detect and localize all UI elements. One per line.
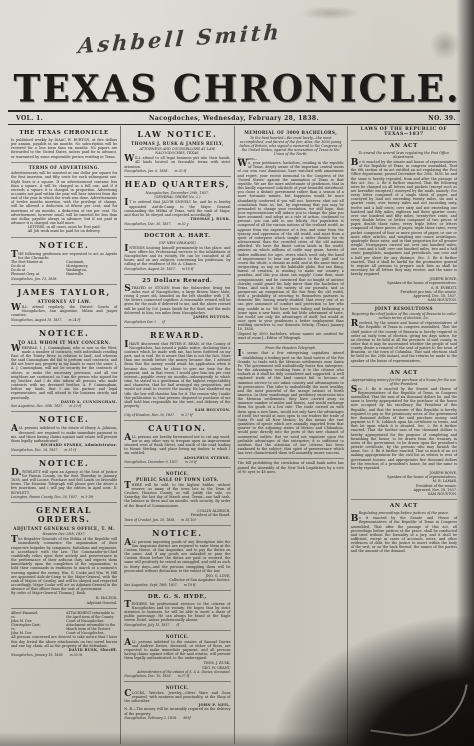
- parties-list: Albert Emanuel, vs. John M. Dor. Christo…: [11, 611, 62, 636]
- article-heading: NOTICE.: [11, 241, 117, 250]
- article-heading: AN ACT: [351, 370, 457, 376]
- article-text: The bill prohibiting the circulation of …: [238, 461, 344, 473]
- date-line: Nacogdoches, Dec. 28, 1837. m 31 tf: [11, 448, 117, 452]
- sparks-notice-block: NOTICE. ALL persons indebted to the esta…: [11, 411, 117, 451]
- justices-act-block: AN ACT Regulating proceedings before jus…: [351, 499, 457, 553]
- article-heading: NOTICE.: [11, 415, 117, 424]
- signature: THOMAS J. RUSK.: [124, 217, 230, 221]
- article-text: Resolved, by the senate and house of rep…: [351, 321, 457, 363]
- paper-stain: [300, 6, 360, 20]
- president-house-act-block: AN ACT Appropriating money for the purch…: [351, 366, 457, 496]
- article-heading: NOTICE.: [124, 634, 230, 639]
- article-text: ALL persons indebted to the estate of He…: [11, 426, 117, 443]
- signature: SAM HOUSTON.: [124, 408, 230, 412]
- attorney-names: THOMAS J. RUSK & JAMES REILY,: [124, 141, 230, 146]
- job-work-note: All Job work must be paid for on deliver…: [11, 229, 117, 233]
- caution-block: CAUTION. ALL persons are hereby forewarn…: [124, 420, 230, 464]
- signature: RICHARD SPARKS, Administrator.: [11, 443, 117, 447]
- article-text: We, your petitioners, bachelors, residin…: [238, 161, 344, 331]
- article-heading: From the Houston Telegraph.: [238, 346, 344, 350]
- article-text: Is published weekly by ISAAC W. BURTON, …: [11, 138, 117, 159]
- advertising-terms-block: TERMS OF ADVERTISING. Advertisements wil…: [11, 162, 117, 234]
- article-heading: NOTICE.: [124, 529, 230, 538]
- law-notice-block: LAW NOTICE. THOMAS J. RUSK & JAMES REILY…: [124, 127, 230, 173]
- article-text: D. ROWLETT will open an Agency at the Se…: [11, 470, 117, 495]
- hyde-block: DR. G. S. HYDE, TENDERS his professional…: [124, 590, 230, 627]
- signature: COLLIN ALDRICH, President of the Board.: [124, 509, 230, 517]
- post-office-act-block: AN ACT To amend the several laws regulat…: [351, 143, 457, 303]
- article-text: ALL persons are hereby forewarned not to…: [124, 435, 230, 456]
- article-subheading: To the best hearted—the most lovely—the …: [238, 136, 344, 156]
- article-text: CLOCKS, Watches, Jewelry,—Silver Ware an…: [124, 691, 230, 703]
- town-lots-block: NOTICE. PUBLIC SALE OF TOWN LOTS. THERE …: [124, 467, 230, 521]
- article-heading: AN ACT: [351, 503, 457, 509]
- date-line: Nacogdoches, Jan. 6, 1838. m 33 tf: [124, 169, 230, 173]
- office-line: ADJUTANT GENERAL'S OFFICE, T. M.: [11, 526, 117, 531]
- rowlett-notice-block: NOTICE. D. ROWLETT will open an Agency a…: [11, 455, 117, 499]
- date-line: Lexington, Fannin County, Dec. 30, 1837.…: [11, 495, 117, 499]
- date-line: Nacogdoches, August 26, 1837. m 16 tf: [124, 267, 230, 271]
- newyork-note-block: The bill prohibiting the circulation of …: [238, 458, 344, 473]
- article-heading: HEAD QUARTERS,: [124, 180, 230, 189]
- article-subheading: ATTORNEY AT LAW.: [11, 299, 117, 304]
- date-line: Nacogdoches, Dec. 10, 1836. m 37 tf: [124, 674, 230, 678]
- cunningham-notice-block: NOTICE. TO ALL WHOM IT MAY CONCERN. WHER…: [11, 325, 117, 409]
- agents-list-right: Cincinnati, Montgomery, Washington, Hunt…: [66, 260, 117, 276]
- article-heading: LAW NOTICE.: [124, 130, 230, 139]
- clocks-notice-block: NOTICE. CLOCKS, Watches, Jewelry,—Silver…: [124, 681, 230, 720]
- article-text: STRAYED or STOLEN from the Subscriber, l…: [124, 286, 230, 315]
- head-quarters-block: HEAD QUARTERS, Nacogdoches, December 29t…: [124, 176, 230, 226]
- signature: JOSEPH ROWE, Speaker of the house of rep…: [351, 471, 457, 496]
- agents-list: The Post-Master at Do do at Do do at Ple…: [11, 260, 117, 276]
- article-heading: DR. G. S. HYDE,: [124, 594, 230, 600]
- bachelors-memorial-block: MEMORIAL OF 3000 BACHELORS, To the best …: [238, 127, 344, 340]
- article-subheading: TO ALL WHOM IT MAY CONCERN.: [11, 340, 117, 345]
- issue-dateline: Nacogdoches, Wednesday, February 28, 183…: [78, 115, 390, 122]
- office-date: Houston Dec 25th, 1837.: [11, 532, 117, 536]
- date-line: Nacogdoches, January 18, 1838. m 35-3t: [11, 653, 117, 657]
- article-text: ALL persons indebted to the estates of S…: [124, 640, 230, 661]
- signed-note: [Signed by 3000 bachelors, whose names a…: [238, 332, 344, 340]
- order-by-line: By order of Major-General Thomas J. Rusk…: [11, 591, 117, 595]
- article-subheading: ATTORNEYS AND COUNSELLORS AT LAW, NACOGD…: [124, 147, 230, 155]
- date-line: Nacogdoches, July 15, 1837. tf: [124, 623, 230, 627]
- signature: ADOLPHUS STERNE.: [124, 456, 230, 460]
- article-text: The Brigadier Generals of the Militia of…: [11, 537, 117, 591]
- article-heading: AN ACT: [351, 143, 457, 149]
- telegraph-article-block: From the Houston Telegraph. It seems tha…: [238, 343, 344, 456]
- article-text: ALL persons importing goods of any descr…: [124, 540, 230, 573]
- article-heading: NOTICE.: [11, 459, 117, 468]
- article-text: All persons concerned are desired to tak…: [11, 635, 117, 647]
- davies-estate-block: NOTICE. ALL persons indebted to the esta…: [124, 630, 230, 678]
- article-subheading: Appropriating money for the purchase of …: [351, 378, 457, 386]
- article-subheading: Nacogdoches, December 29th, 1837. (GENER…: [124, 191, 230, 199]
- attachment-parties: Albert Emanuel, vs. John M. Dor. Christo…: [11, 611, 117, 636]
- article-subheading: Requiring the chief justice of the count…: [351, 312, 457, 320]
- issue-number: NO. 39.: [390, 115, 460, 122]
- date-line: Nacogdoches, February 3, 1838. 36-tf: [124, 716, 230, 720]
- article-text: TENDERS his professional services to the…: [124, 602, 230, 623]
- article-heading: JOINT RESOLUTIONS: [351, 306, 457, 311]
- article-text: Advertisements will be inserted at one d…: [11, 171, 117, 225]
- article-text: WHEREAS, I. J. Cunningham, who is now in…: [11, 346, 117, 400]
- article-heading: NOTICE.: [124, 685, 230, 690]
- publisher-block: THE TEXAS CHRONICLE Is published weekly …: [11, 127, 117, 159]
- article-subheading: (OF NEW ORLEANS): [124, 241, 230, 245]
- article-heading: JAMES TAYLOR,: [11, 288, 117, 297]
- attachment-notice-block: Albert Emanuel, vs. John M. Dor. Christo…: [11, 608, 117, 657]
- article-text: INTENDS locating himself permanently in …: [124, 246, 230, 267]
- volume-label: VOL. 1.: [8, 115, 78, 122]
- date-line: Nacogdoches, Dec. 30, 1837. m 32 y: [124, 222, 230, 226]
- handwritten-signature: Ashbell Smith: [77, 19, 282, 58]
- signature: DAVID A. CUNNINGHAM.: [11, 400, 117, 404]
- article-heading: NOTICE.: [11, 329, 117, 338]
- signature: JOSEPH ROWE, Speaker of the house of rep…: [351, 277, 457, 302]
- doctor-hart-block: DOCTOR A. HART. (OF NEW ORLEANS) INTENDS…: [124, 229, 230, 271]
- article-heading: REWARD.: [124, 331, 230, 340]
- customs-notice-block: NOTICE. ALL persons importing goods of a…: [124, 525, 230, 587]
- signature: JAMES HUTTON.: [124, 315, 230, 319]
- date-line: Nacogdoches, August 10, 1837. m 24 tf: [11, 318, 117, 322]
- houston-reward-block: REWARD. I HAVE discovered that PETER E. …: [124, 327, 230, 417]
- article-text: THERE will be sold, to the highest bidde…: [124, 483, 230, 508]
- dateline-bar: VOL. 1. Nacogdoches, Wednesday, February…: [8, 110, 460, 125]
- article-text: WILL attend regularly, the District Cour…: [11, 305, 117, 317]
- article-text: It seems that a few enterprising capital…: [238, 351, 344, 455]
- masthead-title: TEXAS CHRONICLE.: [0, 69, 474, 109]
- date-line: City of Houston, Nov. 30, 1837. m 27 tf: [124, 413, 230, 417]
- signature: THOS. J. RUSK, GEO. W. GRANT,: [124, 661, 230, 669]
- date-line: Nacogdoches, Jan. 13, 1838.: [11, 277, 117, 281]
- article-text: I HAVE discovered that PETER E. BEAN, of…: [124, 342, 230, 409]
- date-line: San Augustine, Sept. 18th, 1837. m 18 tf: [124, 583, 230, 587]
- article-heading: 25 Dollars Reward.: [124, 278, 230, 284]
- newspaper-page: Ashbell Smith TEXAS CHRONICLE. VOL. 1. N…: [0, 0, 474, 746]
- article-heading: CAUTION.: [124, 424, 230, 433]
- article-text: WILL attend to all legal business put in…: [124, 156, 230, 168]
- signature: JNO. G. LOVE, Collector of San Augustine…: [124, 574, 230, 582]
- agents-notice-block: NOTICE. THE following gentlemen are requ…: [11, 237, 117, 281]
- date-line: Town of Crocket, Jan. 20, 1838. m 35 10t: [124, 518, 230, 522]
- article-heading: THE TEXAS CHRONICLE: [11, 130, 117, 136]
- laws-section-header: LAWS OF THE REPUBLIC OF TEXAS—1837: [351, 127, 457, 141]
- nota-bene: N. B.—The money will be invariably requi…: [124, 707, 230, 715]
- taylor-ad-block: JAMES TAYLOR, ATTORNEY AT LAW. WILL atte…: [11, 284, 117, 322]
- article-heading: TERMS OF ADVERTISING.: [11, 165, 117, 170]
- signature-subtitle: Administrators of the estates of S. & A.…: [124, 670, 230, 674]
- date-line: San Augustine, Dec. 30th, 1837. m 32-tf: [11, 404, 117, 408]
- article-heading: MEMORIAL OF 3000 BACHELORS,: [238, 130, 344, 135]
- joint-resolutions-block: JOINT RESOLUTIONS Requiring the chief ju…: [351, 303, 457, 363]
- article-subheading: To amend the several laws regulating the…: [351, 151, 457, 159]
- signature: DAVID RUSK, Sheriff.: [11, 648, 117, 652]
- article-subheading: PUBLIC SALE OF TOWN LOTS.: [124, 477, 230, 482]
- article-heading: NOTICE.: [124, 471, 230, 476]
- column-1: THE TEXAS CHRONICLE Is published weekly …: [8, 126, 120, 744]
- article-heading: DOCTOR A. HART.: [124, 233, 230, 239]
- article-text: THE following gentlemen are requested to…: [11, 252, 117, 260]
- article-text: Be it enacted by the Senate and House of…: [351, 516, 457, 553]
- attachment-returnable: ATTACHMENT returnable to the April term …: [66, 611, 117, 636]
- agents-list-left: The Post-Master at Do do at Do do at Ple…: [11, 260, 62, 276]
- date-line: Nacogdoches Dec 2 tf: [124, 320, 230, 324]
- mule-reward-block: 25 Dollars Reward. STRAYED or STOLEN fro…: [124, 274, 230, 324]
- column-2: LAW NOTICE. THOMAS J. RUSK & JAMES REILY…: [120, 126, 233, 744]
- article-text: IT is ordered that JACOB SNIVELY be, and…: [124, 200, 230, 217]
- date-line: Nacogdoches, December 9, 1837. m 29 tf: [124, 460, 230, 464]
- general-orders-block: GENERAL ORDERS. ADJUTANT GENERAL'S OFFIC…: [11, 502, 117, 605]
- article-text: Be it enacted by the senate and house of…: [351, 160, 457, 276]
- article-text: Sec. 1. Be it enacted by the Senate and …: [351, 387, 457, 470]
- article-subheading: Regulating proceedings before justices o…: [351, 511, 457, 515]
- signature: H. McLEOD, Adjutant-General.: [11, 596, 117, 604]
- article-heading: GENERAL ORDERS.: [11, 506, 117, 524]
